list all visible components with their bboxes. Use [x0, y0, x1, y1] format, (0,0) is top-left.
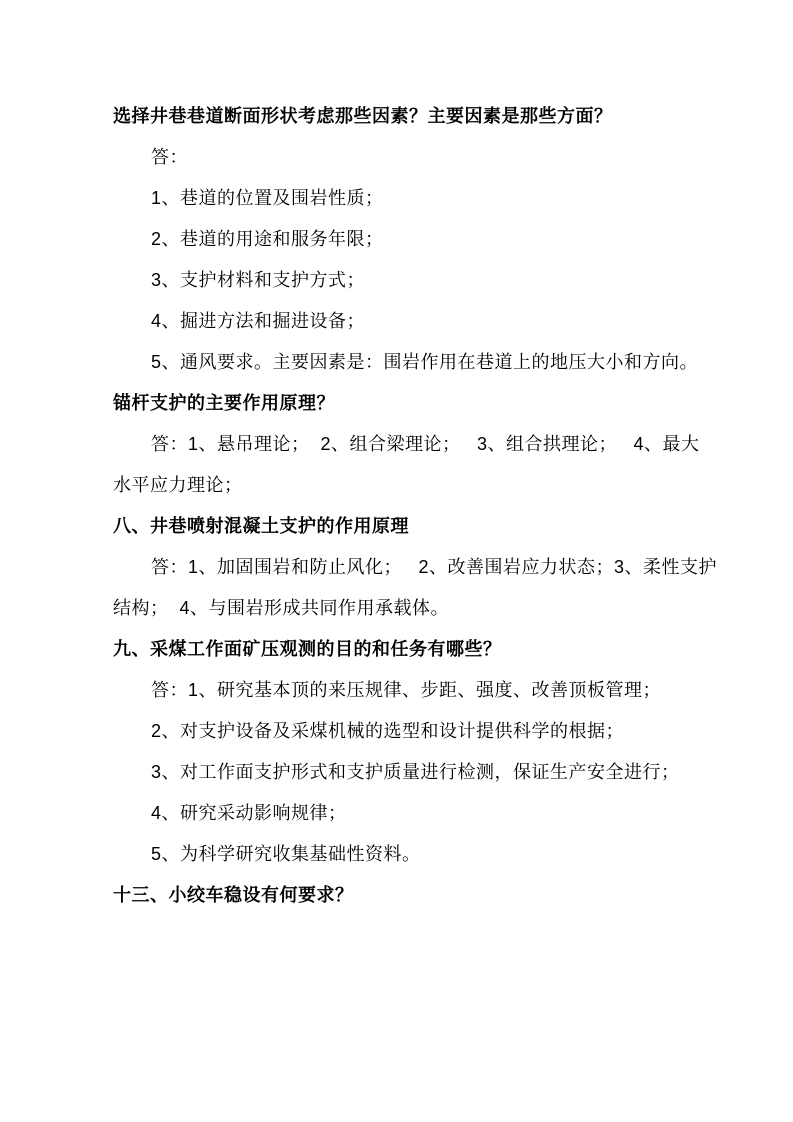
question-heading: 选择井巷巷道断面形状考虑那些因素？主要因素是那些方面？ [113, 96, 680, 137]
answer-line: 答：1、研究基本顶的来压规律、步距、强度、改善顶板管理； [113, 670, 680, 711]
answer-line: 2、对支护设备及采煤机械的选型和设计提供科学的根据； [113, 711, 680, 752]
answer-continuation-line: 水平应力理论； [113, 465, 680, 506]
answer-line: 2、巷道的用途和服务年限； [113, 219, 680, 260]
answer-line: 答：1、悬吊理论； 2、组合梁理论； 3、组合拱理论； 4、最大 [113, 424, 680, 465]
question-heading: 锚杆支护的主要作用原理？ [113, 383, 680, 424]
answer-line: 5、为科学研究收集基础性资料。 [113, 834, 680, 875]
answer-line: 答：1、加固围岩和防止风化； 2、改善围岩应力状态；3、柔性支护 [113, 547, 680, 588]
answer-continuation-line: 结构； 4、与围岩形成共同作用承载体。 [113, 588, 680, 629]
answer-line: 5、通风要求。主要因素是：围岩作用在巷道上的地压大小和方向。 [113, 342, 680, 383]
question-heading: 九、采煤工作面矿压观测的目的和任务有哪些？ [113, 629, 680, 670]
answer-line: 3、支护材料和支护方式； [113, 260, 680, 301]
answer-line: 4、研究采动影响规律； [113, 793, 680, 834]
answer-line: 1、巷道的位置及围岩性质； [113, 178, 680, 219]
document-page: 选择井巷巷道断面形状考虑那些因素？主要因素是那些方面？ 答： 1、巷道的位置及围… [0, 0, 793, 1122]
answer-line: 答： [113, 137, 680, 178]
answer-line: 4、掘进方法和掘进设备； [113, 301, 680, 342]
document-content: 选择井巷巷道断面形状考虑那些因素？主要因素是那些方面？ 答： 1、巷道的位置及围… [113, 96, 680, 916]
question-heading: 八、井巷喷射混凝土支护的作用原理 [113, 506, 680, 547]
question-heading: 十三、小绞车稳设有何要求？ [113, 875, 680, 916]
answer-line: 3、对工作面支护形式和支护质量进行检测，保证生产安全进行； [113, 752, 680, 793]
